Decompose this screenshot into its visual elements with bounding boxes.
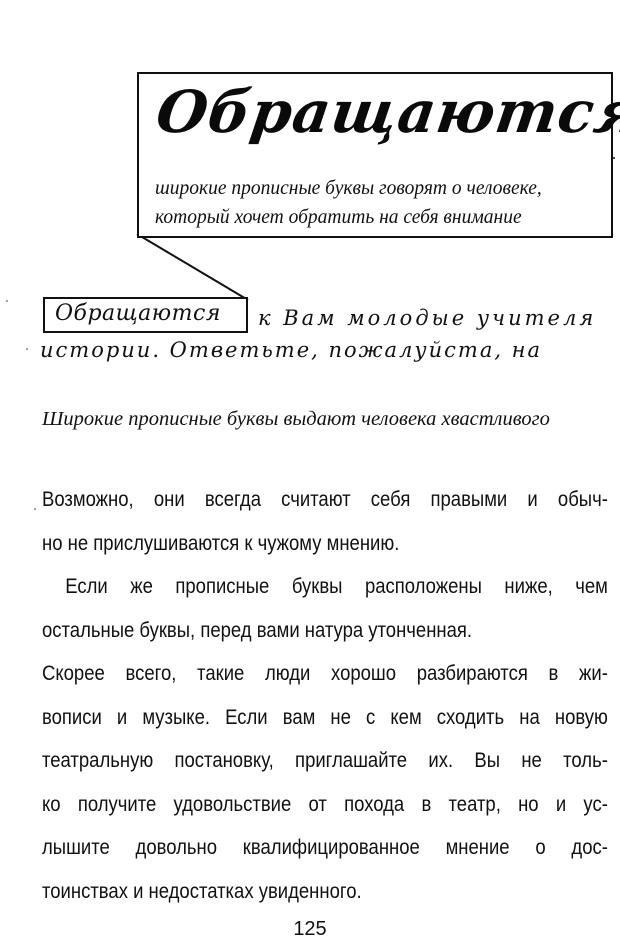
callout-caption: широкие прописные буквы говорят о челове… xyxy=(155,174,605,232)
body-line: ко получите удовольствие от похода в теа… xyxy=(42,783,608,827)
body-line: но не прислушиваются к чужому мнению. xyxy=(42,522,608,566)
body-text: Возможно, они всегда считают себя правым… xyxy=(42,478,529,913)
callout-box: Обращаются широкие прописные буквы говор… xyxy=(137,72,613,238)
body-line: Возможно, они всегда считают себя правым… xyxy=(42,478,608,522)
callout-caption-line-1: широкие прописные буквы говорят о челове… xyxy=(155,174,605,203)
body-line: лышите довольно квалифицированное мнение… xyxy=(42,826,608,870)
body-line: остальные буквы, перед вами натура утонч… xyxy=(42,609,608,653)
body-line: Если же прописные буквы расположены ниже… xyxy=(42,565,608,609)
body-line: Скорее всего, такие люди хорошо разбираю… xyxy=(42,652,608,696)
body-line: театральную постановку, приглашайте их. … xyxy=(42,739,608,783)
handwriting-boxed-word-text: Обращаются xyxy=(55,301,221,326)
body-line: вописи и музыке. Если вам не с кем сходи… xyxy=(42,696,608,740)
scan-speck xyxy=(6,300,8,302)
callout-caption-line-2: который хочет обратить на себя внимание xyxy=(155,203,605,232)
scan-speck xyxy=(26,348,28,350)
scan-speck xyxy=(34,508,36,510)
handwriting-line-1-rest: к Вам молодые учителя xyxy=(258,306,596,330)
handwriting-boxed-word: Обращаются xyxy=(43,297,248,333)
page-number: 125 xyxy=(0,918,620,941)
body-line: тоинствах и недостатках увиденного. xyxy=(42,870,608,914)
handwriting-line-2: истории. Ответьте, пожалуйста, на xyxy=(40,338,542,362)
callout-script-word: Обращаются xyxy=(152,78,620,146)
figure-caption: Широкие прописные буквы выдают человека … xyxy=(42,408,550,431)
